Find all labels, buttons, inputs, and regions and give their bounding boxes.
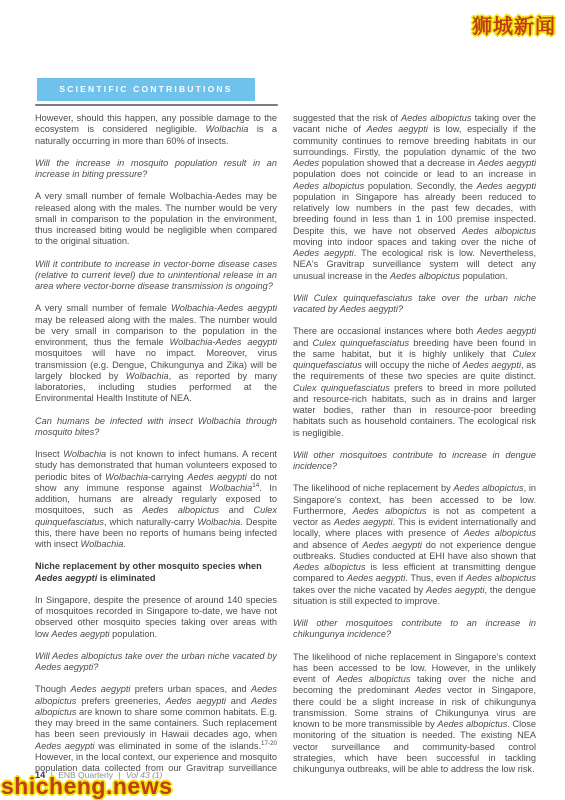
question-text: Will Aedes albopictus take over the urba…: [35, 651, 277, 674]
question-text: Will other mosquitoes contribute to incr…: [293, 450, 536, 473]
paragraph: In Singapore, despite the presence of ar…: [35, 595, 277, 640]
paragraph: A very small number of female Wolbachia-…: [35, 191, 277, 247]
shicheng-news-watermark: shicheng.news: [1, 773, 172, 800]
question-text: Will other mosquitoes contribute to an i…: [293, 618, 536, 641]
paragraph: Insect Wolbachia is not known to infect …: [35, 449, 277, 550]
paragraph: The likelihood of niche replacement in S…: [293, 652, 536, 776]
shicheng-news-logo: 狮城新闻: [472, 10, 556, 39]
paragraph: There are occasional instances where bot…: [293, 326, 536, 439]
right-column: suggested that the risk of Aedes albopic…: [293, 113, 536, 779]
question-text: Will the increase in mosquito population…: [35, 158, 277, 181]
paragraph: The likelihood of niche replacement by A…: [293, 483, 536, 607]
paragraph: A very small number of female Wolbachia-…: [35, 303, 277, 404]
document-page: 狮城新闻 SCIENTIFIC CONTRIBUTIONS However, s…: [0, 0, 565, 800]
paragraph: However, should this happen, any possibl…: [35, 113, 277, 147]
question-text: Will Culex quinquefasciatus take over th…: [293, 293, 536, 316]
left-column: However, should this happen, any possibl…: [35, 113, 277, 773]
section-banner: SCIENTIFIC CONTRIBUTIONS: [37, 78, 255, 101]
section-heading: Niche replacement by other mosquito spec…: [35, 561, 277, 584]
paragraph: suggested that the risk of Aedes albopic…: [293, 113, 536, 282]
question-text: Will it contribute to increase in vector…: [35, 259, 277, 293]
banner-underline: [35, 104, 278, 106]
question-text: Can humans be infected with insect Wolba…: [35, 416, 277, 439]
paragraph: Though Aedes aegypti prefers urban space…: [35, 684, 277, 773]
